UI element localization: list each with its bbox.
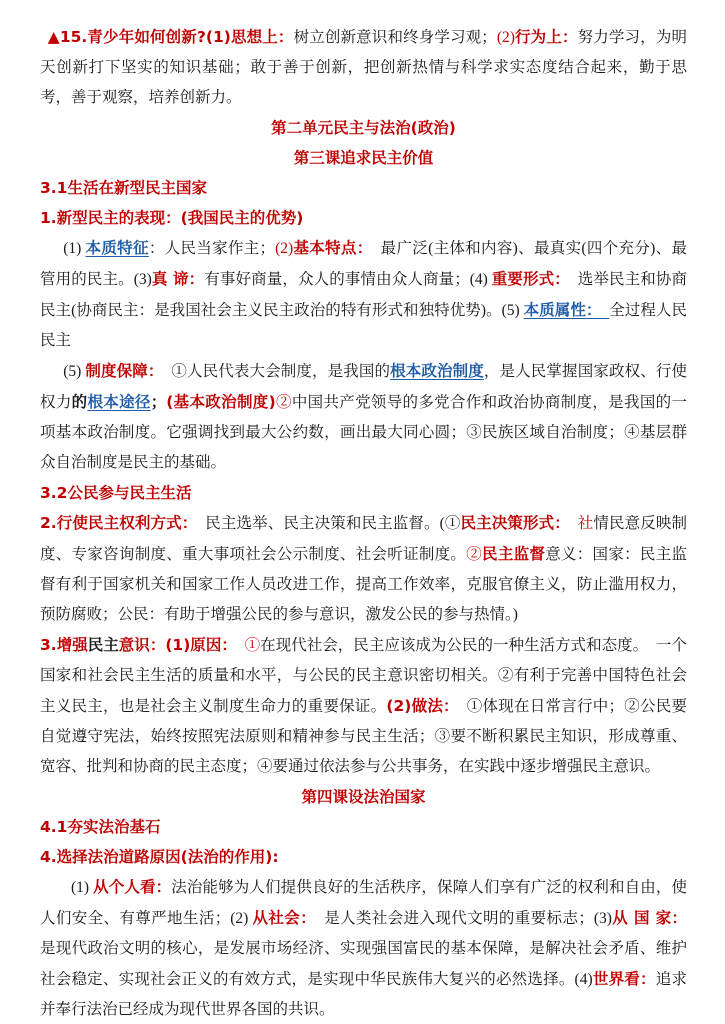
text-run: 3.2公民参与民主生活 bbox=[40, 484, 191, 502]
text-run: 第四课设法治国家 bbox=[301, 788, 425, 806]
text-run: 基本特点： bbox=[293, 239, 365, 257]
text-run: 2.行使民主权利方式： bbox=[40, 514, 190, 532]
text-run: ； bbox=[151, 393, 167, 411]
q15-innovation-paragraph: ▲15.青少年如何创新?(1)思想上：树立创新意识和终身学习观；(2)行为上：努… bbox=[40, 22, 687, 113]
text-run: ▲15.青少年如何创新?(1)思想上： bbox=[48, 28, 294, 46]
text-run: 重要形式： bbox=[492, 270, 562, 288]
text-run: (2) bbox=[275, 240, 293, 257]
text-run: 3.1生活在新型民主国家 bbox=[40, 179, 207, 197]
text-run: 民主监督 bbox=[482, 545, 545, 563]
section-4-1-heading: 4.1夯实法治基石 bbox=[40, 812, 687, 842]
text-run: 的 bbox=[72, 393, 88, 411]
text-run: (2)做法： bbox=[386, 697, 451, 715]
text-run: 有事好商量，众人的事情由众人商量；(4) bbox=[204, 271, 491, 288]
text-run: 本质属性： bbox=[524, 301, 610, 319]
text-run: 是人类社会进入现代文明的重要标志；(3) bbox=[308, 910, 612, 927]
lesson4-title: 第四课设法治国家 bbox=[40, 782, 687, 812]
text-run: 第三课追求民主价值 bbox=[294, 149, 434, 167]
topic4-rule-of-law-heading: 4.选择法治道路原因(法治的作用): bbox=[40, 842, 687, 872]
text-run: 从个人看： bbox=[93, 878, 171, 896]
text-run: ② bbox=[276, 394, 292, 411]
text-run: 树立创新意识和终身学习观； bbox=[294, 29, 497, 46]
text-run: 本质特征 bbox=[86, 239, 149, 257]
text-run: (基本政治制度) bbox=[166, 393, 275, 411]
rule-of-law-reasons-paragraph: (1) 从个人看：法治能够为人们提供良好的生活秩序，保障人们享有广泛的权利和自由… bbox=[40, 872, 687, 1024]
document-page: ▲15.青少年如何创新?(1)思想上：树立创新意识和终身学习观；(2)行为上：努… bbox=[0, 0, 725, 1024]
document-body: ▲15.青少年如何创新?(1)思想上：树立创新意识和终身学习观；(2)行为上：努… bbox=[40, 22, 687, 1024]
text-run: (2) bbox=[497, 29, 515, 46]
text-run: ：人民当家作主； bbox=[149, 240, 275, 257]
text-run: 从 国 家： bbox=[612, 909, 687, 927]
text-run: 民主 bbox=[88, 636, 119, 654]
strengthen-democratic-awareness-paragraph: 3.增强民主意识：(1)原因： ①在现代社会，民主应该成为公民的一种生活方式和态… bbox=[40, 630, 687, 782]
text-run: 世界看： bbox=[593, 970, 656, 988]
text-run: 真 谛： bbox=[152, 270, 205, 288]
text-run: 4.1夯实法治基石 bbox=[40, 818, 160, 836]
text-run: 1.新型民主的表现：(我国民主的优势) bbox=[40, 209, 303, 227]
text-run: 行为上： bbox=[515, 28, 578, 46]
lesson3-title: 第三课追求民主价值 bbox=[40, 143, 687, 173]
text-run: ① bbox=[229, 637, 260, 654]
unit2-title: 第二单元民主与法治(政治) bbox=[40, 113, 687, 143]
text-run bbox=[562, 515, 578, 532]
text-run: 制度保障： bbox=[85, 362, 155, 380]
text-run: 根本政治制度 bbox=[390, 362, 484, 380]
text-run: (5) bbox=[63, 363, 85, 380]
text-run: 社 bbox=[578, 515, 594, 532]
text-run: 民主决策形式： bbox=[460, 514, 562, 532]
text-run: 从社会： bbox=[253, 909, 309, 927]
text-run: 是现代政治文明的核心，是发展市场经济、实现强国富民的基本保障，是解决社会矛盾、维… bbox=[40, 940, 687, 988]
democracy-features-paragraph: (1) 本质特征：人民当家作主；(2)基本特点： 最广泛(主体和内容)、最真实(… bbox=[40, 233, 687, 356]
text-run: 4.选择法治道路原因(法治的作用): bbox=[40, 848, 279, 866]
text-run: 3.增强 bbox=[40, 636, 88, 654]
text-run: ② bbox=[466, 546, 482, 563]
text-run: 根本途径 bbox=[87, 393, 150, 411]
section-3-1-heading: 3.1生活在新型民主国家 bbox=[40, 173, 687, 203]
text-run: 民主选举、民主决策和民主监督。(① bbox=[190, 515, 461, 532]
text-run: ①人民代表大会制度，是我国的 bbox=[156, 363, 390, 380]
topic1-new-democracy-heading: 1.新型民主的表现：(我国民主的优势) bbox=[40, 203, 687, 233]
text-run: 第二单元民主与法治(政治) bbox=[271, 119, 456, 137]
text-run: (1) bbox=[63, 240, 85, 257]
exercise-democratic-rights-paragraph: 2.行使民主权利方式： 民主选举、民主决策和民主监督。(①民主决策形式： 社情民… bbox=[40, 508, 687, 630]
text-run: 意识：(1)原因： bbox=[119, 636, 229, 654]
text-run: (1) bbox=[71, 879, 93, 896]
section-3-2-heading: 3.2公民参与民主生活 bbox=[40, 478, 687, 508]
institutional-guarantee-paragraph: (5) 制度保障： ①人民代表大会制度，是我国的根本政治制度，是人民掌握国家政权… bbox=[40, 356, 687, 478]
